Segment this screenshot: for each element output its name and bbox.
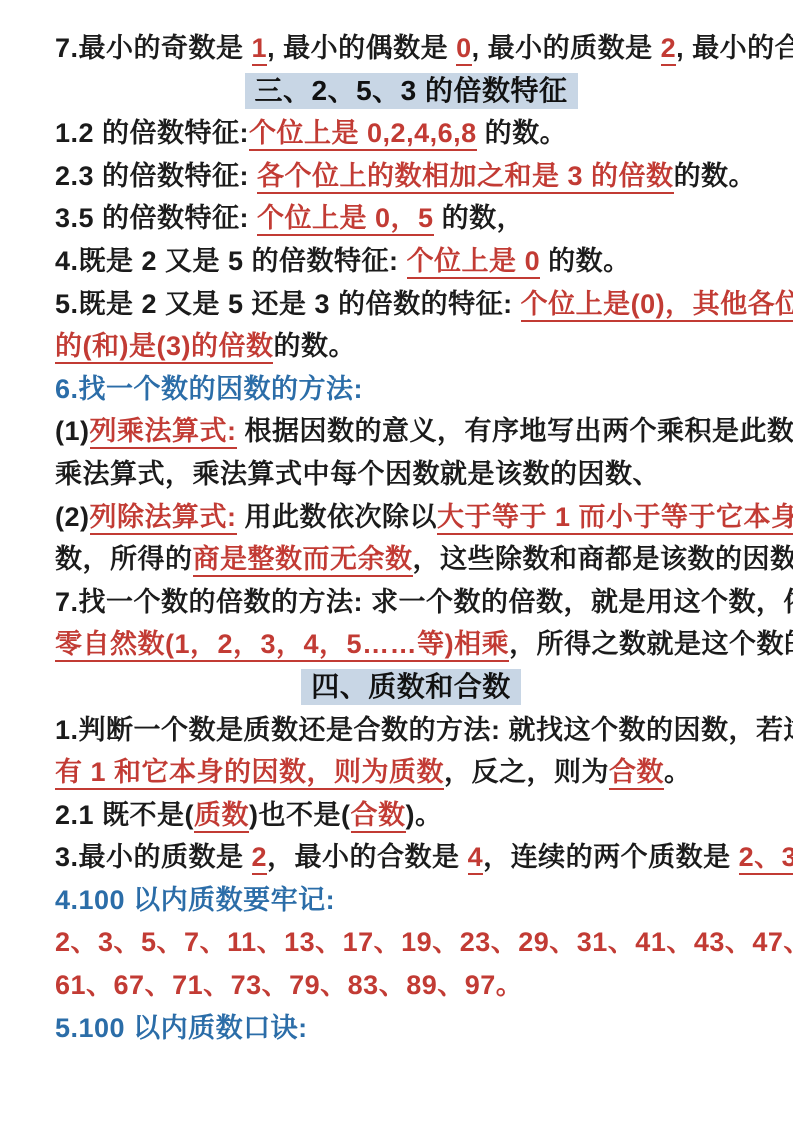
section-header: 四、质数和合数 xyxy=(301,669,521,705)
text-line: 乘法算式，乘法算式中每个因数就是该数的因数、 xyxy=(55,453,767,496)
text-segment: ，连续的两个质数是 xyxy=(483,842,739,872)
text-segment: 3.最小的质数是 xyxy=(55,842,252,872)
text-segment: , 最小的合数是 xyxy=(676,33,793,63)
text-line: 零自然数(1，2，3，4，5……等)相乘，所得之数就是这个数的倍数。 xyxy=(55,623,767,666)
text-segment: 有 1 和它本身的因数，则为质数 xyxy=(55,757,444,790)
text-segment: 列除法算式: xyxy=(90,502,237,535)
text-segment: 商是整数而无余数 xyxy=(193,544,413,577)
text-line: 7.最小的奇数是 1, 最小的偶数是 0, 最小的质数是 2, 最小的合数是 4 xyxy=(55,27,767,70)
text-segment: 质数 xyxy=(194,800,249,833)
text-segment: 6.找一个数的因数的方法: xyxy=(55,374,363,404)
text-line: 1.判断一个数是质数还是合数的方法: 就找这个数的因数，若这个数只 xyxy=(55,709,767,752)
section-header: 三、2、5、3 的倍数特征 xyxy=(245,73,578,109)
text-segment: 1 xyxy=(252,33,268,66)
text-line: (1)列乘法算式: 根据因数的意义，有序地写出两个乘积是此数的所有 xyxy=(55,410,767,453)
text-segment: 个位上是 0 xyxy=(407,246,541,279)
text-line: 4.100 以内质数要牢记: xyxy=(55,879,767,922)
document-page: 7.最小的奇数是 1, 最小的偶数是 0, 最小的质数是 2, 最小的合数是 4… xyxy=(0,0,793,1122)
text-segment: ，所得之数就是这个数的倍数。 xyxy=(509,629,793,659)
text-segment: 的数。 xyxy=(674,161,757,191)
text-line: 5.既是 2 又是 5 还是 3 的倍数的特征: 个位上是(0)，其他各位上的数 xyxy=(55,283,767,326)
text-line: 2、3、5、7、11、13、17、19、23、29、31、41、43、47、53… xyxy=(55,921,767,964)
text-line: 有 1 和它本身的因数，则为质数，反之，则为合数。 xyxy=(55,751,767,794)
text-segment: 1.2 的倍数特征: xyxy=(55,118,249,148)
text-line: 数，所得的商是整数而无余数，这些除数和商都是该数的因数、 xyxy=(55,538,767,581)
text-line: 2.1 既不是(质数)也不是(合数)。 xyxy=(55,794,767,837)
text-segment: 根据因数的意义，有序地写出两个乘积是此数的所有 xyxy=(237,416,793,446)
section-header-line: 四、质数和合数 xyxy=(55,666,767,709)
text-segment: 2.3 的倍数特征: xyxy=(55,161,257,191)
text-segment: )也不是( xyxy=(249,800,350,830)
text-segment: 的数， xyxy=(434,203,525,233)
text-segment: , 最小的偶数是 xyxy=(267,33,456,63)
text-segment: 2 xyxy=(661,33,677,66)
text-segment: 数，所得的 xyxy=(55,544,193,574)
text-segment: 列乘法算式: xyxy=(90,416,237,449)
text-segment: 。 xyxy=(664,757,692,787)
text-segment: 2、3 xyxy=(739,842,793,875)
document-body: 7.最小的奇数是 1, 最小的偶数是 0, 最小的质数是 2, 最小的合数是 4… xyxy=(55,27,767,1049)
text-segment: (2) xyxy=(55,502,90,532)
text-segment: (1) xyxy=(55,416,90,446)
text-segment: 各个位上的数相加之和是 3 的倍数 xyxy=(257,161,674,194)
text-segment: 个位上是 0，5 xyxy=(257,203,434,236)
text-segment: 0 xyxy=(456,33,472,66)
text-segment: ，最小的合数是 xyxy=(267,842,468,872)
text-segment: 的数。 xyxy=(273,331,356,361)
text-segment: 4.100 以内质数要牢记: xyxy=(55,885,335,915)
text-segment: ，反之，则为 xyxy=(444,757,609,787)
text-segment: 7.找一个数的倍数的方法: 求一个数的倍数，就是用这个数，依次与 xyxy=(55,587,793,617)
text-segment: 的数。 xyxy=(540,246,631,276)
text-segment: 2 xyxy=(252,842,268,875)
text-segment: 合数 xyxy=(609,757,664,790)
text-line: 的(和)是(3)的倍数的数。 xyxy=(55,325,767,368)
text-line: 61、67、71、73、79、83、89、97。 xyxy=(55,964,767,1007)
text-segment: 零自然数(1，2，3，4，5……等)相乘 xyxy=(55,629,509,662)
text-segment: )。 xyxy=(406,800,443,830)
text-segment: 的数。 xyxy=(477,118,568,148)
text-segment: 4 xyxy=(468,842,484,875)
text-segment: 2、3、5、7、11、13、17、19、23、29、31、41、43、47、53… xyxy=(55,927,793,957)
text-segment: 的(和)是(3)的倍数 xyxy=(55,331,273,364)
text-line: 7.找一个数的倍数的方法: 求一个数的倍数，就是用这个数，依次与非 xyxy=(55,581,767,624)
text-segment: ，这些除数和商都是该数的因数、 xyxy=(413,544,793,574)
text-segment: , 最小的质数是 xyxy=(472,33,661,63)
text-segment: 合数 xyxy=(351,800,406,833)
text-line: 1.2 的倍数特征:个位上是 0,2,4,6,8 的数。 xyxy=(55,112,767,155)
text-segment: 个位上是(0)，其他各位上的数 xyxy=(521,289,793,322)
text-segment: 2.1 既不是( xyxy=(55,800,194,830)
text-segment: 1.判断一个数是质数还是合数的方法: 就找这个数的因数，若这个数 xyxy=(55,715,793,745)
text-line: 4.既是 2 又是 5 的倍数特征: 个位上是 0 的数。 xyxy=(55,240,767,283)
section-header-line: 三、2、5、3 的倍数特征 xyxy=(55,70,767,113)
text-line: 6.找一个数的因数的方法: xyxy=(55,368,767,411)
text-segment: 5.既是 2 又是 5 还是 3 的倍数的特征: xyxy=(55,289,521,319)
text-line: 3.最小的质数是 2，最小的合数是 4，连续的两个质数是 2、3， xyxy=(55,836,767,879)
text-segment: 61、67、71、73、79、83、89、97。 xyxy=(55,970,523,1000)
text-segment: 个位上是 0,2,4,6,8 xyxy=(249,118,477,151)
text-segment: 大于等于 1 而小于等于它本身 xyxy=(437,502,793,535)
text-segment: 乘法算式，乘法算式中每个因数就是该数的因数、 xyxy=(55,459,660,489)
text-segment: 3.5 的倍数特征: xyxy=(55,203,257,233)
text-segment: 4.既是 2 又是 5 的倍数特征: xyxy=(55,246,407,276)
text-segment: 用此数依次除以 xyxy=(237,502,438,532)
text-segment: 7.最小的奇数是 xyxy=(55,33,252,63)
text-line: (2)列除法算式: 用此数依次除以大于等于 1 而小于等于它本身的整 xyxy=(55,496,767,539)
text-line: 3.5 的倍数特征: 个位上是 0，5 的数， xyxy=(55,197,767,240)
text-line: 5.100 以内质数口诀: xyxy=(55,1007,767,1050)
text-segment: 5.100 以内质数口诀: xyxy=(55,1013,308,1043)
text-line: 2.3 的倍数特征: 各个位上的数相加之和是 3 的倍数的数。 xyxy=(55,155,767,198)
